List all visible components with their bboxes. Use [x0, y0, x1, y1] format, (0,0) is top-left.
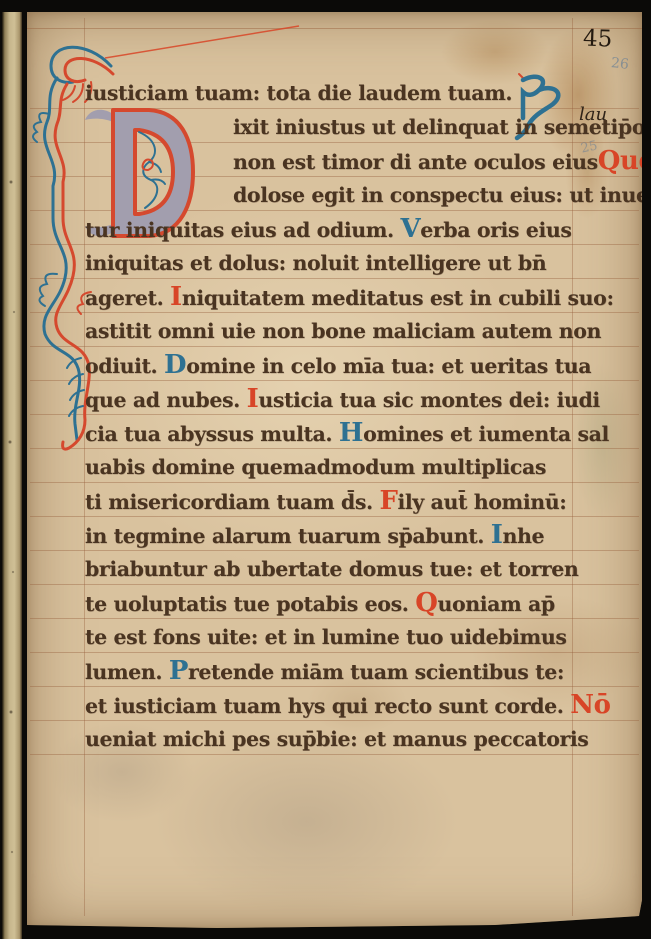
psalm-text-segment: tur iniquitas eius ad odium.	[85, 218, 400, 242]
text-line-10: que ad nubes. Iusticia tua sic montes de…	[85, 382, 615, 416]
psalm-text-segment: et iusticiam tuam hys qui recto sunt cor…	[85, 694, 570, 718]
text-line-20: ueniat michi pes sup̄bie: et manus pecca…	[85, 722, 615, 756]
psalm-text-segment: te uoluptatis tue potabis eos.	[85, 592, 415, 616]
psalm-text-segment: nhe	[503, 524, 545, 548]
text-line-13: ti misericordiam tuam d̄s. Fily aut̄ hom…	[85, 484, 615, 518]
psalm-text-segment: que ad nubes.	[85, 388, 247, 412]
rubric-initial-red: Q	[415, 588, 437, 618]
psalm-text-segment: odiuit.	[85, 354, 164, 378]
psalm-text-segment: lumen.	[85, 660, 169, 684]
text-line-2: ixit iniustus ut delinquat in semetip̄o:	[85, 110, 615, 144]
rubric-initial-red: Nō	[570, 690, 610, 720]
psalm-text-segment: in tegmine alarum tuarum sp̄abunt.	[85, 524, 491, 548]
psalm-text-segment: omines et iumenta sal	[363, 422, 609, 446]
book-binding-edge	[2, 12, 22, 939]
psalm-text-segment: ily aut̄ hominū:	[398, 490, 567, 514]
rubric-initial-blue: H	[339, 418, 363, 448]
text-line-6: iniquitas et dolus: noluit intelligere u…	[85, 246, 615, 280]
rubric-initial-red: Quō	[598, 146, 651, 176]
psalm-text-segment: uabis domine quemadmodum multiplicas	[85, 455, 546, 479]
psalm-text-segment: iniquitas et dolus: noluit intelligere u…	[85, 251, 546, 275]
psalm-text-segment: iusticiam tuam: tota die laudem tuam.	[85, 81, 512, 105]
psalm-text-segment: uoniam ap̄	[437, 592, 554, 616]
text-line-8: astitit omni uie non bone maliciam autem…	[85, 314, 615, 348]
text-line-1: iusticiam tuam: tota die laudem tuam.	[85, 76, 615, 110]
text-line-18: lumen. Pretende miām tuam scientibus te:	[85, 654, 615, 688]
text-line-17: te est fons uite: et in lumine tuo uideb…	[85, 620, 615, 654]
text-line-19: et iusticiam tuam hys qui recto sunt cor…	[85, 688, 615, 722]
rubric-initial-red: I	[247, 384, 259, 414]
manuscript-photo: iusticiam tuam: tota die laudem tuam.ixi…	[0, 0, 651, 939]
psalm-text-segment: astitit omni uie non bone maliciam autem…	[85, 319, 601, 343]
text-line-4: dolose egit in conspectu eius: ut inueni…	[85, 178, 615, 212]
text-line-7: ageret. Iniquitatem meditatus est in cub…	[85, 280, 615, 314]
margin-note: lau	[579, 104, 607, 125]
psalm-text-segment: non est timor di ante oculos eius	[233, 150, 598, 174]
psalm-text-segment: retende miām tuam scientibus te:	[188, 660, 564, 684]
text-line-11: cia tua abyssus multa. Homines et iument…	[85, 416, 615, 450]
rubric-initial-blue: V	[400, 214, 420, 244]
text-line-5: tur iniquitas eius ad odium. Verba oris …	[85, 212, 615, 246]
psalm-text-segment: ageret.	[85, 286, 170, 310]
rubric-initial-blue: D	[164, 350, 186, 380]
psalm-text-segment: dolose egit in conspectu eius: ut inueni…	[233, 183, 651, 207]
psalm-text-segment: niquitatem meditatus est in cubili suo:	[182, 286, 614, 310]
rubric-initial-red: F	[379, 486, 397, 516]
text-block: iusticiam tuam: tota die laudem tuam.ixi…	[85, 76, 615, 756]
psalm-text-segment: briabuntur ab ubertate domus tue: et tor…	[85, 557, 578, 581]
pencil-number-upper: 26	[610, 55, 629, 73]
text-line-3: non est timor di ante oculos eiusQuō	[85, 144, 615, 178]
rubric-initial-blue: P	[169, 656, 188, 686]
ruling-line-top	[27, 28, 642, 29]
text-line-14: in tegmine alarum tuarum sp̄abunt. Inhe	[85, 518, 615, 552]
binding-specks	[2, 12, 22, 939]
text-line-9: odiuit. Domine in celo mīa tua: et uerit…	[85, 348, 615, 382]
psalm-text-segment: usticia tua sic montes dei: iudi	[258, 388, 599, 412]
psalm-text-segment: ti misericordiam tuam d̄s.	[85, 490, 379, 514]
text-line-16: te uoluptatis tue potabis eos. Quoniam a…	[85, 586, 615, 620]
parchment-page: iusticiam tuam: tota die laudem tuam.ixi…	[27, 12, 642, 929]
rubric-initial-blue: I	[491, 520, 503, 550]
rubric-initial-red: I	[170, 282, 182, 312]
folio-number: 45	[583, 25, 613, 52]
psalm-text-segment: te est fons uite: et in lumine tuo uideb…	[85, 625, 566, 649]
text-line-12: uabis domine quemadmodum multiplicas	[85, 450, 615, 484]
psalm-text-segment: ueniat michi pes sup̄bie: et manus pecca…	[85, 727, 588, 751]
psalm-text-segment: erba oris eius	[420, 218, 571, 242]
psalm-text-segment: omine in celo mīa tua: et ueritas tua	[186, 354, 591, 378]
text-line-15: briabuntur ab ubertate domus tue: et tor…	[85, 552, 615, 586]
psalm-text-segment: cia tua abyssus multa.	[85, 422, 339, 446]
